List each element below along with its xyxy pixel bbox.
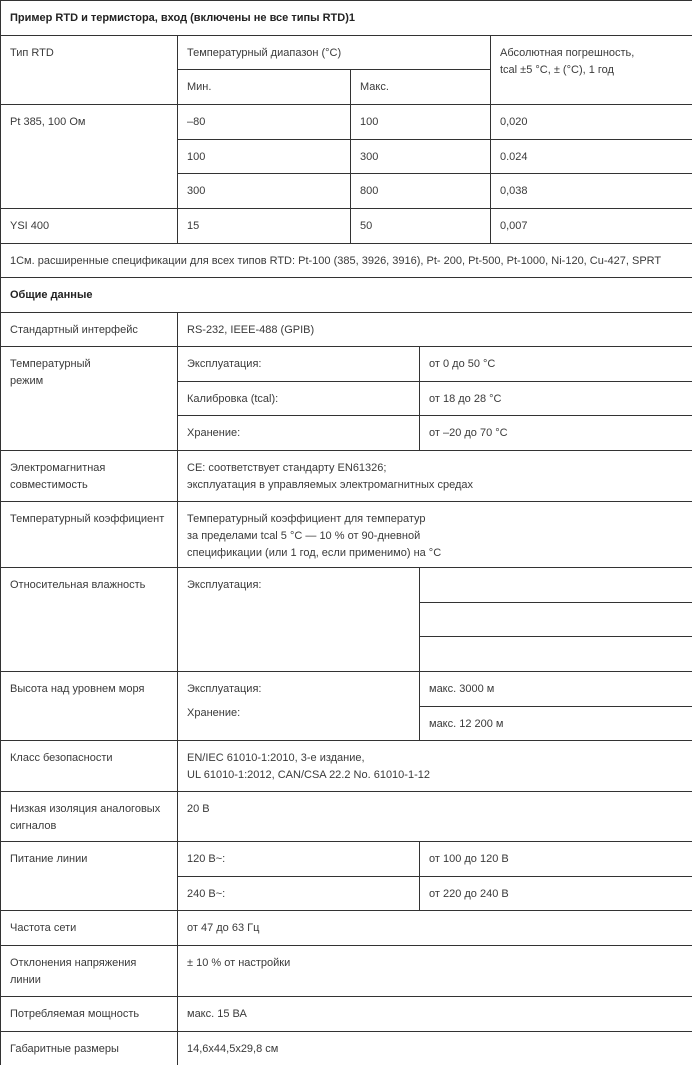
humidity-value bbox=[420, 637, 692, 672]
safety-value: EN/IEC 61010-1:2010, 3-е издание, UL 610… bbox=[178, 741, 692, 792]
power-value: макс. 15 ВА bbox=[178, 997, 692, 1032]
header-rtd-type: Тип RTD bbox=[1, 36, 178, 105]
emc-value: CE: соответствует стандарту EN61326; экс… bbox=[178, 451, 692, 502]
max-cell: 800 bbox=[351, 174, 491, 209]
temp-coeff-value: Температурный коэффициент для температур… bbox=[178, 502, 692, 568]
max-cell: 300 bbox=[351, 140, 491, 174]
frequency-label: Частота сети bbox=[1, 911, 178, 946]
header-accuracy: Абсолютная погрешность, tcal ±5 °C, ± (°… bbox=[491, 36, 692, 105]
emc-label: Электромагнитная совместимость bbox=[1, 451, 178, 502]
emc-label-line2: совместимость bbox=[10, 477, 168, 494]
voltage-dev-label-line1: Отклонения напряжения bbox=[10, 955, 168, 972]
safety-value-line2: UL 61010-1:2012, CAN/CSA 22.2 No. 61010-… bbox=[187, 767, 683, 784]
header-min: Мин. bbox=[178, 70, 351, 105]
header-max: Макс. bbox=[351, 70, 491, 105]
temperature-value: от 18 до 28 °C bbox=[420, 382, 692, 416]
table-row: Pt 385, 100 Ом –80 100 0,020 bbox=[1, 105, 692, 140]
rtd-type-cell: Pt 385, 100 Ом bbox=[1, 105, 178, 209]
safety-label: Класс безопасности bbox=[1, 741, 178, 792]
altitude-name1: Эксплуатация: bbox=[187, 681, 410, 698]
general-section-title: Общие данные bbox=[1, 278, 692, 313]
temperature-name: Хранение: bbox=[178, 416, 420, 451]
table-row: Температурный режим Эксплуатация: от 0 д… bbox=[1, 347, 692, 382]
safety-value-line1: EN/IEC 61010-1:2010, 3-е издание, bbox=[187, 750, 683, 767]
table-row: Низкая изоляция аналоговых сигналов 20 В bbox=[1, 792, 692, 842]
line-power-value: от 220 до 240 В bbox=[420, 877, 692, 911]
table-row: YSI 400 15 50 0,007 bbox=[1, 209, 692, 244]
max-cell: 100 bbox=[351, 105, 491, 140]
temp-coeff-line1: Температурный коэффициент для температур bbox=[187, 511, 683, 528]
dimensions-label: Габаритные размеры bbox=[1, 1032, 178, 1065]
min-cell: 300 bbox=[178, 174, 351, 209]
altitude-name2: Хранение: bbox=[187, 705, 410, 722]
table-row: Стандартный интерфейс RS-232, IEEE-488 (… bbox=[1, 313, 692, 347]
header-accuracy-line2: tcal ±5 °C, ± (°C), 1 год bbox=[500, 62, 683, 79]
temperature-name: Эксплуатация: bbox=[178, 347, 420, 382]
table-row: Отклонения напряжения линии ± 10 % от на… bbox=[1, 946, 692, 997]
rtd-type-cell: YSI 400 bbox=[1, 209, 178, 244]
emc-value-line2: эксплуатация в управляемых электромагнит… bbox=[187, 477, 683, 494]
table-row: Высота над уровнем моря Эксплуатация: Хр… bbox=[1, 672, 692, 707]
interface-label: Стандартный интерфейс bbox=[1, 313, 178, 347]
min-cell: 100 bbox=[178, 140, 351, 174]
voltage-dev-label: Отклонения напряжения линии bbox=[1, 946, 178, 997]
table-row: Питание линии 120 В~: от 100 до 120 В bbox=[1, 842, 692, 877]
temp-coeff-label: Температурный коэффициент bbox=[1, 502, 178, 568]
frequency-value: от 47 до 63 Гц bbox=[178, 911, 692, 946]
header-temp-range: Температурный диапазон (°C) bbox=[178, 36, 491, 70]
accuracy-cell: 0,020 bbox=[491, 105, 692, 140]
altitude-names: Эксплуатация: Хранение: bbox=[178, 672, 420, 741]
temperature-label: Температурный режим bbox=[1, 347, 178, 451]
humidity-value bbox=[420, 603, 692, 637]
temp-coeff-line2: за пределами tcal 5 °C — 10 % от 90-днев… bbox=[187, 528, 683, 545]
isolation-label: Низкая изоляция аналоговых сигналов bbox=[1, 792, 178, 842]
dimensions-value: 14,6x44,5x29,8 см bbox=[178, 1032, 692, 1065]
line-power-label: Питание линии bbox=[1, 842, 178, 911]
line-power-name: 240 В~: bbox=[178, 877, 420, 911]
accuracy-cell: 0,038 bbox=[491, 174, 692, 209]
temperature-label-line2: режим bbox=[10, 373, 168, 390]
min-cell: 15 bbox=[178, 209, 351, 244]
table-row: Относительная влажность Эксплуатация: bbox=[1, 568, 692, 603]
table-row: Электромагнитная совместимость CE: соотв… bbox=[1, 451, 692, 502]
line-power-value: от 100 до 120 В bbox=[420, 842, 692, 877]
interface-value: RS-232, IEEE-488 (GPIB) bbox=[178, 313, 692, 347]
min-cell: –80 bbox=[178, 105, 351, 140]
isolation-label-line2: сигналов bbox=[10, 818, 168, 835]
isolation-label-line1: Низкая изоляция аналоговых bbox=[10, 801, 168, 818]
table-row: Габаритные размеры 14,6x44,5x29,8 см bbox=[1, 1032, 692, 1065]
power-label: Потребляемая мощность bbox=[1, 997, 178, 1032]
temperature-name: Калибровка (tcal): bbox=[178, 382, 420, 416]
temp-coeff-line3: спецификации (или 1 год, если применимо)… bbox=[187, 545, 683, 562]
voltage-dev-value: ± 10 % от настройки bbox=[178, 946, 692, 997]
accuracy-cell: 0,007 bbox=[491, 209, 692, 244]
humidity-name: Эксплуатация: bbox=[178, 568, 420, 672]
table-row: Потребляемая мощность макс. 15 ВА bbox=[1, 997, 692, 1032]
rtd-footnote: 1См. расширенные спецификации для всех т… bbox=[1, 244, 692, 278]
rtd-section-title: Пример RTD и термистора, вход (включены … bbox=[1, 1, 692, 36]
table-row: Класс безопасности EN/IEC 61010-1:2010, … bbox=[1, 741, 692, 792]
voltage-dev-label-line2: линии bbox=[10, 972, 168, 989]
altitude-label: Высота над уровнем моря bbox=[1, 672, 178, 741]
spec-table: Пример RTD и термистора, вход (включены … bbox=[0, 0, 692, 1065]
header-accuracy-line1: Абсолютная погрешность, bbox=[500, 45, 683, 62]
altitude-value1: макс. 3000 м bbox=[420, 672, 692, 707]
temperature-value: от –20 до 70 °C bbox=[420, 416, 692, 451]
accuracy-cell: 0.024 bbox=[491, 140, 692, 174]
emc-value-line1: CE: соответствует стандарту EN61326; bbox=[187, 460, 683, 477]
temperature-label-line1: Температурный bbox=[10, 356, 168, 373]
emc-label-line1: Электромагнитная bbox=[10, 460, 168, 477]
table-row: Частота сети от 47 до 63 Гц bbox=[1, 911, 692, 946]
humidity-value bbox=[420, 568, 692, 603]
altitude-value2: макс. 12 200 м bbox=[420, 707, 692, 741]
max-cell: 50 bbox=[351, 209, 491, 244]
temperature-value: от 0 до 50 °C bbox=[420, 347, 692, 382]
table-row: Температурный коэффициент Температурный … bbox=[1, 502, 692, 568]
isolation-value: 20 В bbox=[178, 792, 692, 842]
humidity-label: Относительная влажность bbox=[1, 568, 178, 672]
line-power-name: 120 В~: bbox=[178, 842, 420, 877]
